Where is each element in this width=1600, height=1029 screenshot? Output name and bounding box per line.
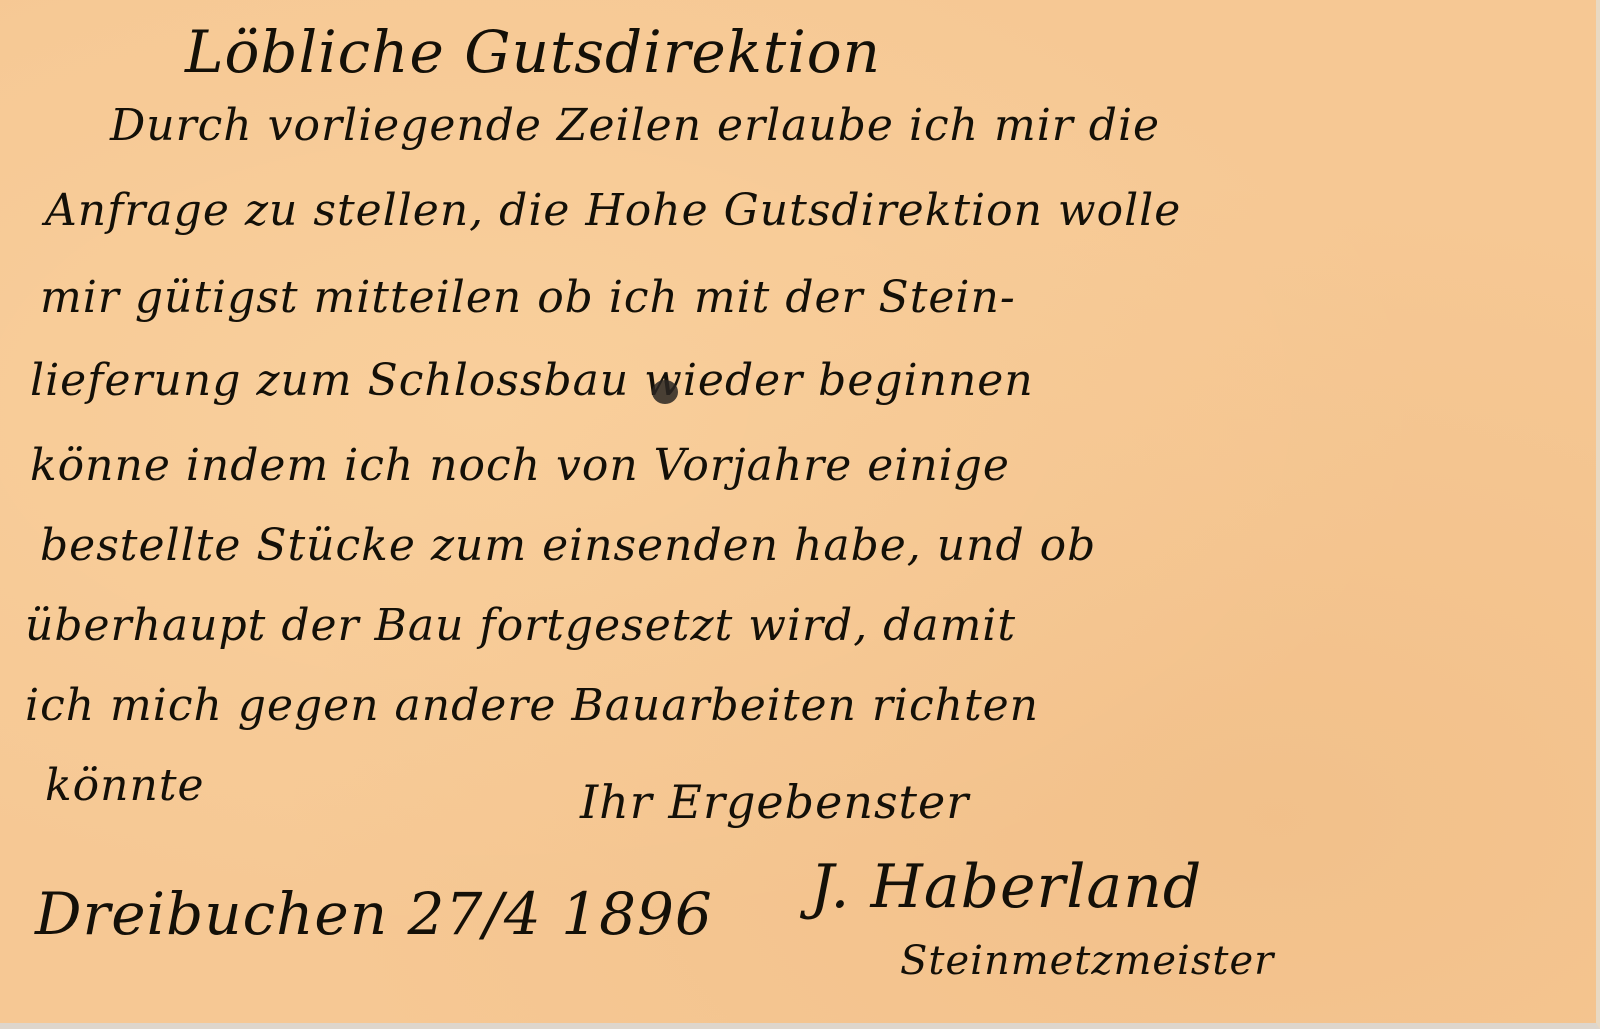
body-line-2: Anfrage zu stellen, die Hohe Gutsdirekti…	[45, 185, 1181, 236]
body-line-9: könnte	[45, 760, 205, 811]
body-line-7: überhaupt der Bau fortgesetzt wird, dami…	[25, 600, 1016, 651]
ink-blot	[652, 380, 678, 404]
body-line-8: ich mich gegen andere Bauarbeiten richte…	[25, 680, 1039, 731]
place-and-date: Dreibuchen 27/4 1896	[35, 880, 713, 948]
body-line-4: lieferung zum Schlossbau wieder beginnen	[30, 355, 1034, 406]
body-line-3: mir gütigst mitteilen ob ich mit der Ste…	[40, 272, 1016, 323]
signer-title: Steinmetzmeister	[900, 938, 1274, 984]
body-line-1: Durch vorliegende Zeilen erlaube ich mir…	[110, 100, 1160, 151]
body-line-6: bestellte Stücke zum einsenden habe, und…	[40, 520, 1096, 571]
body-line-5: könne indem ich noch von Vorjahre einige	[30, 440, 1010, 491]
salutation-heading: Löbliche Gutsdirektion	[185, 18, 881, 86]
closing-line: Ihr Ergebenster	[580, 775, 969, 829]
postcard: Löbliche Gutsdirektion Durch vorliegende…	[0, 0, 1600, 1029]
signature: J. Haberland	[810, 852, 1202, 922]
